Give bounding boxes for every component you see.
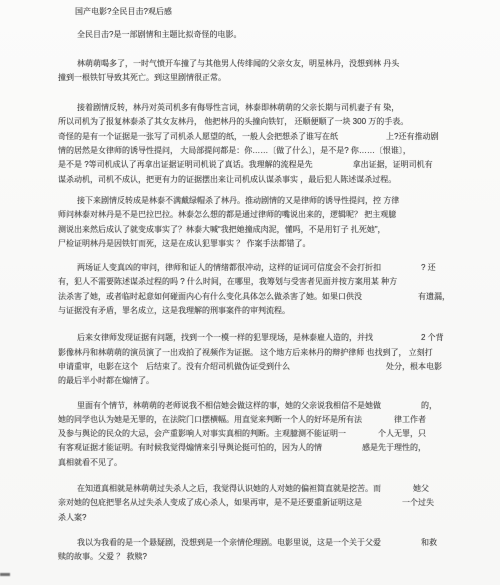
paragraph: 后来女律师发现证据有问题，找到一个一模一样的犯罪现场，是林泰雇人造的，并找 2 … [58,331,458,388]
paragraph: 我以为我看的是一个悬疑剧，没想到是一个亲情伦理剧。电影里说，这是一个关于父爱 和… [58,536,458,565]
paragraph: 在知道真相就是林萌萌过失杀人之后，我觉得认识她的人对她的偏袒简直就是挖苦。而 她… [58,482,458,525]
paragraph: 两场证人变真凶的审问，律师和证人的情绪都很冲动，这样的证词可信度会不会打折扣 ?… [58,261,458,318]
document-body: 国产电影?全民目击?观后感 全民目击?是一部剧情和主题比拟奇怪的电影。 林萌萌喝… [58,0,458,565]
paragraph: 里面有个情节，林萌萌的老师说我不相信她会做这样的事，她的父亲说我相信不是她做 的… [58,399,458,470]
paragraph: 全民目击?是一部剧情和主题比拟奇怪的电影。 [58,28,458,42]
document-page: 国产电影?全民目击?观后感 全民目击?是一部剧情和主题比拟奇怪的电影。 林萌萌喝… [0,0,500,585]
paragraph: 林萌萌喝多了，一时气愤开车撞了与其他男人传绯闻的父亲女友，明星林丹，没想到林 丹… [58,57,458,86]
paragraph: 接下来剧情反转成是林泰不满戴绿帽杀了林丹。推动剧情的又是律师的诱导性提问，控 方… [58,194,458,251]
paragraph: 接着剧情反转，林丹对英司机多有侮辱性言词，林泰即林萌萌的父亲长期与司机妻子有 染… [58,101,458,187]
document-title: 国产电影?全民目击?观后感 [75,5,458,19]
scan-artifact-mark [0,573,10,576]
